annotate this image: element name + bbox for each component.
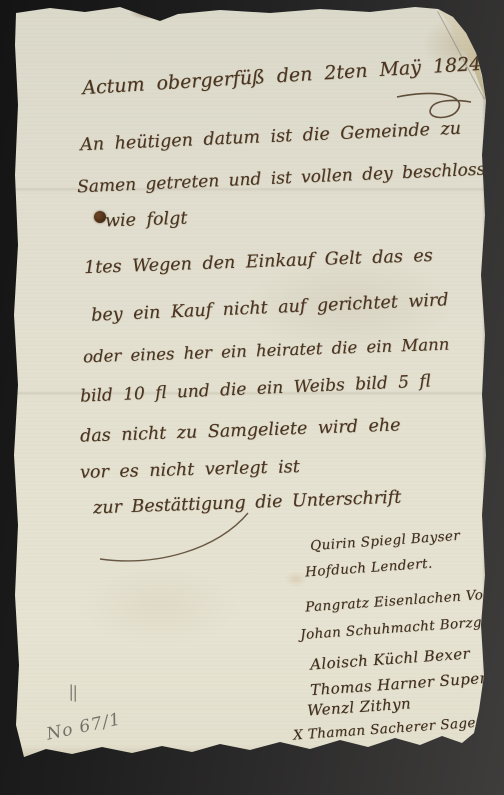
archival-note: No 67/1: [45, 709, 123, 744]
manuscript-line: oder eines her ein heiratet die ein Mann: [83, 335, 450, 367]
signature-line: X Thaman Sacherer Sager: [293, 714, 483, 743]
manuscript-page: Actum obergerfüß den 2ten Maÿ 1824 An he…: [10, 5, 489, 771]
manuscript-line: wie folgt: [105, 209, 188, 232]
manuscript-line: 1tes Wegen den Einkauf Gelt das es: [84, 246, 433, 278]
scan-background: Actum obergerfüß den 2ten Maÿ 1824 An he…: [0, 0, 504, 795]
manuscript-line: An heütigen datum ist die Gemeinde zu: [80, 119, 462, 156]
signature-line: Quirin Spiegl Bayser: [310, 528, 461, 554]
manuscript-line: vor es nicht verlegt ist: [80, 457, 300, 483]
signature-line: Hofduch Lendert.: [305, 556, 433, 581]
manuscript-line: das nicht zu Samgeliete wird ehe: [80, 415, 401, 446]
signature-line: Aloisch Küchl Bexer: [310, 644, 471, 673]
manuscript-line: zur Bestättigung die Unterschrift: [93, 488, 402, 519]
signature-line: Johan Schuhmacht Borzgen.: [300, 613, 504, 643]
pencil-tally-mark: [66, 684, 79, 702]
manuscript-line: Samen getreten und ist vollen dey beschl…: [77, 159, 504, 198]
manuscript-line: bey ein Kauf nicht auf gerichtet wird: [91, 290, 449, 326]
manuscript-line-date: Actum obergerfüß den 2ten Maÿ 1824: [82, 53, 482, 99]
manuscript-line: bild 10 fl und die ein Weibs bild 5 fl: [80, 371, 431, 406]
signature-line: Pangratz Eisenlachen Vog: [305, 586, 493, 615]
